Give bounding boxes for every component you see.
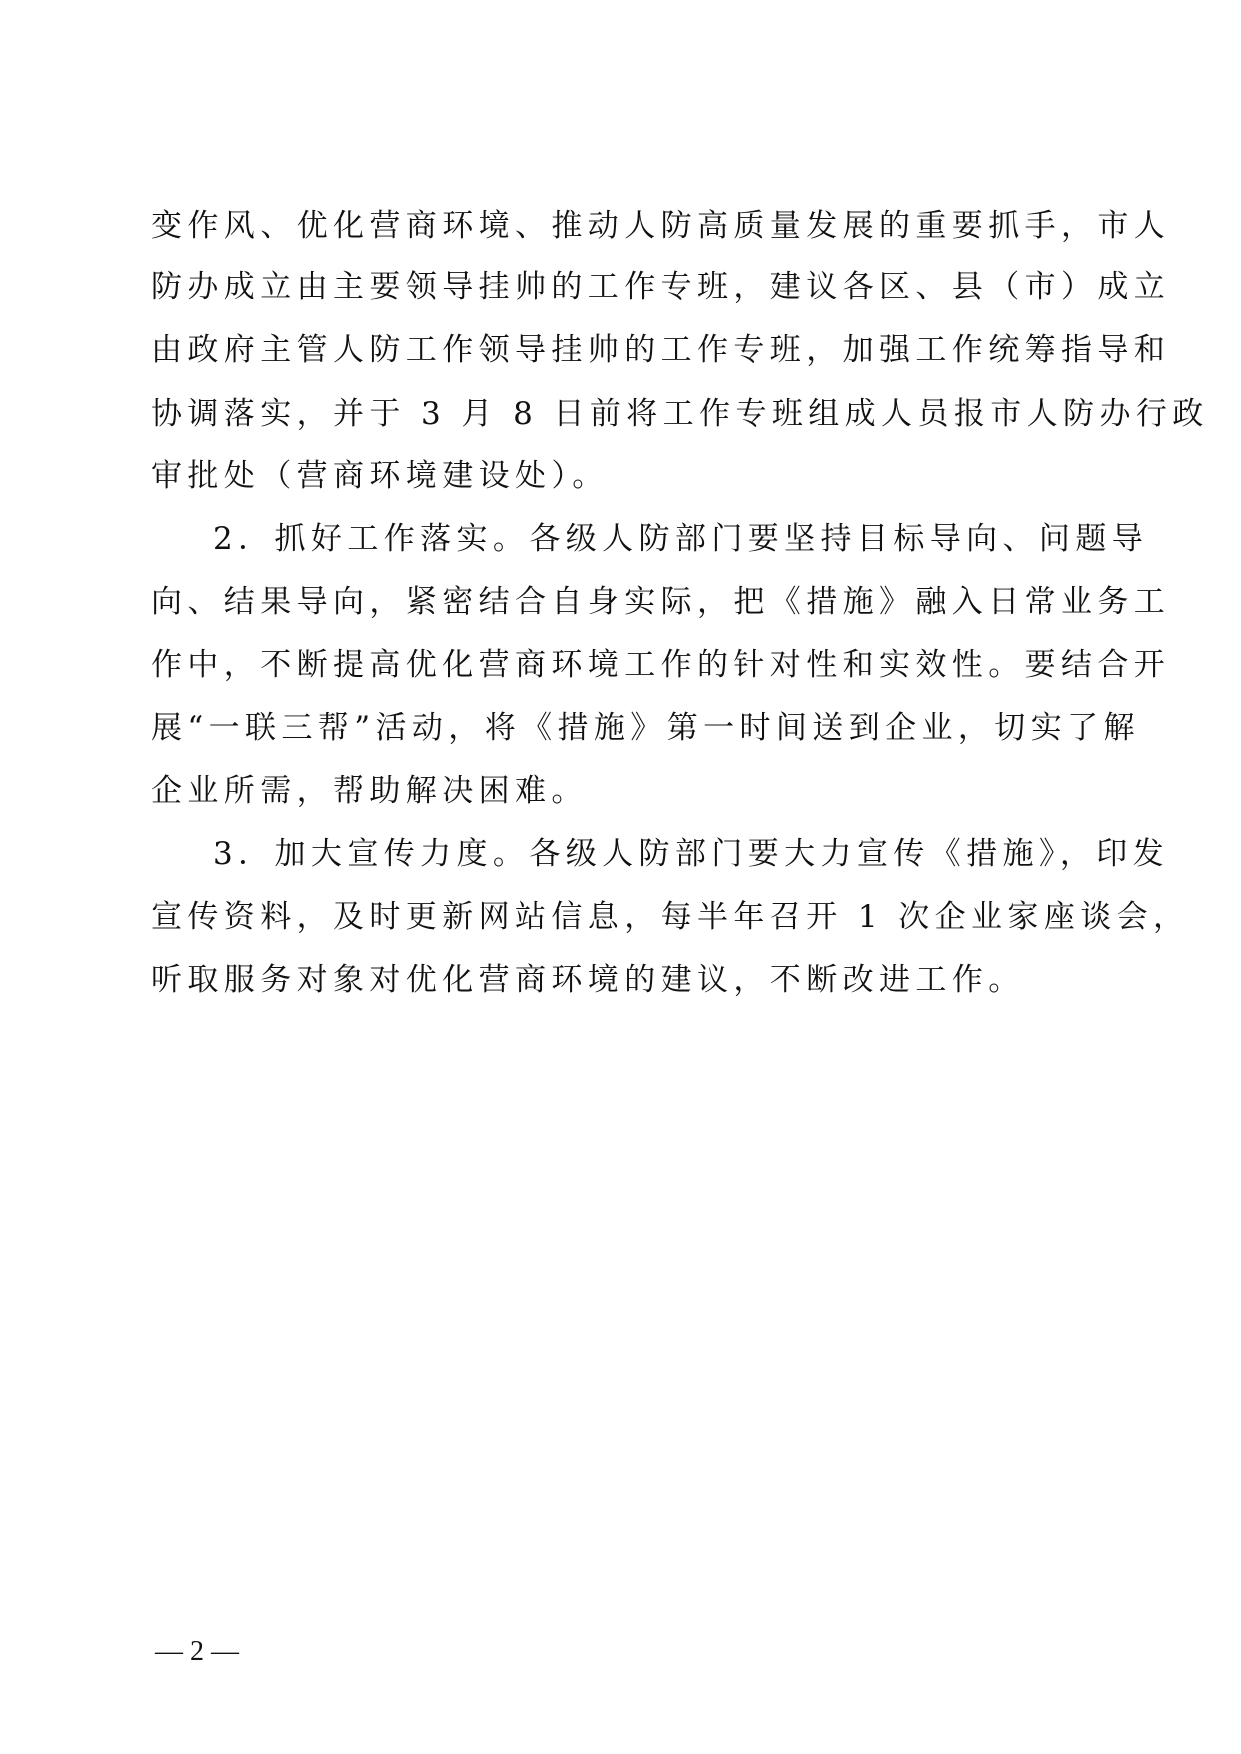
- page-number: — 2 —: [155, 1636, 239, 1668]
- paragraph-line: 审批处（营商环境建设处）。: [151, 456, 1091, 496]
- list-item-2-line: 2．抓好工作落实。各级人防部门要坚持目标导向、问题导: [213, 519, 1091, 559]
- document-page: 变作风、优化营商环境、推动人防高质量发展的重要抓手，市人 防办成立由主要领导挂帅…: [0, 0, 1241, 1754]
- paragraph-line: 防办成立由主要领导挂帅的工作专班，建议各区、县（市）成立: [151, 267, 1091, 307]
- paragraph-line: 展“一联三帮”活动，将《措施》第一时间送到企业，切实了解: [151, 708, 1091, 748]
- paragraph-line: 作中，不断提高优化营商环境工作的针对性和实效性。要结合开: [151, 645, 1091, 685]
- paragraph-line: 企业所需，帮助解决困难。: [151, 771, 1091, 811]
- paragraph-line: 协调落实，并于 3 月 8 日前将工作专班组成人员报市人防办行政: [151, 394, 1091, 434]
- paragraph-line: 由政府主管人防工作领导挂帅的工作专班，加强工作统筹指导和: [151, 330, 1091, 370]
- paragraph-line: 宣传资料，及时更新网站信息，每半年召开 1 次企业家座谈会，: [151, 897, 1091, 937]
- paragraph-line: 变作风、优化营商环境、推动人防高质量发展的重要抓手，市人: [151, 206, 1091, 246]
- paragraph-line: 听取服务对象对优化营商环境的建议，不断改进工作。: [151, 960, 1091, 1000]
- list-item-3-line: 3．加大宣传力度。各级人防部门要大力宣传《措施》，印发: [213, 834, 1091, 874]
- paragraph-line: 向、结果导向，紧密结合自身实际，把《措施》融入日常业务工: [151, 582, 1091, 622]
